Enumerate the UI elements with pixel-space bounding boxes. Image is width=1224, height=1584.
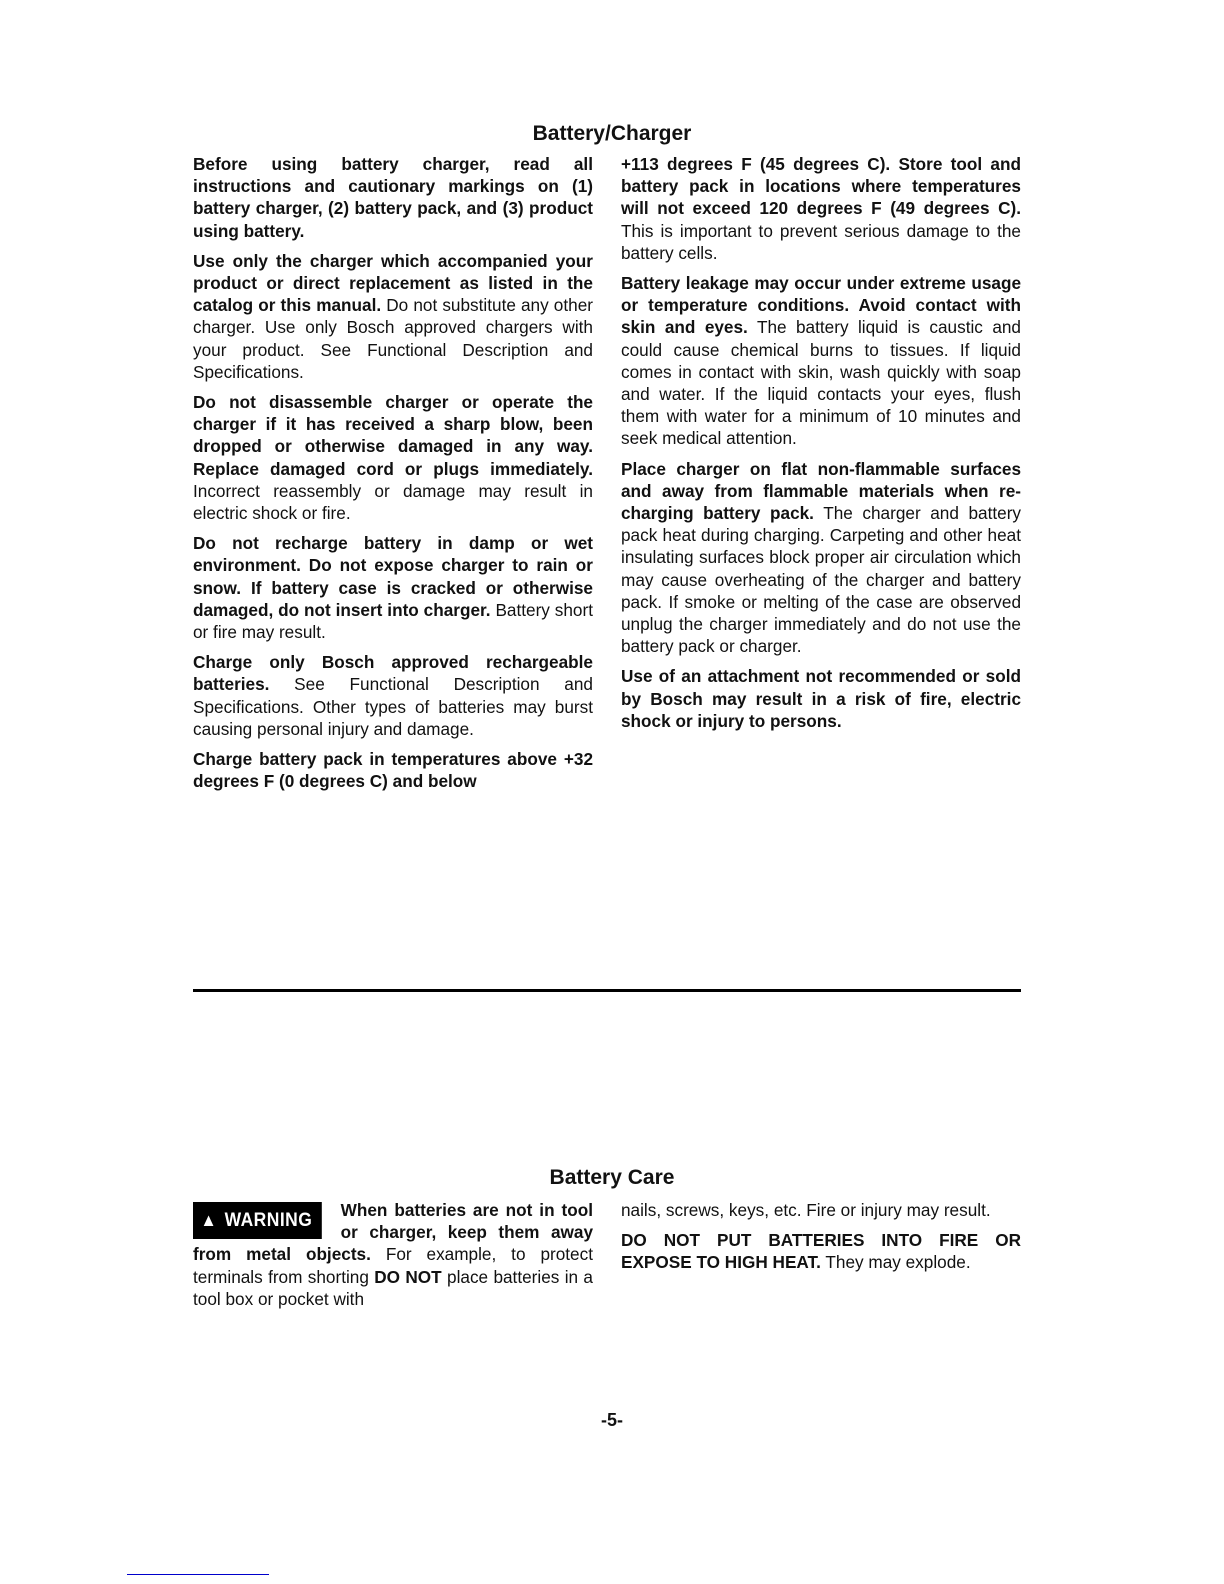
battery-charger-left-column: Before using battery charger, read all i…: [193, 153, 593, 800]
warning-badge: ▲WARNING: [193, 1202, 321, 1239]
paragraph: Do not disassemble charger or operate th…: [193, 391, 593, 524]
paragraph: Charge only Bosch approved rechargeable …: [193, 651, 593, 740]
paragraph: Before using battery charger, read all i…: [193, 153, 593, 242]
section-title-battery-care: Battery Care: [0, 1166, 1224, 1190]
paragraph: +113 degrees F (45 degrees C). Store too…: [621, 153, 1021, 264]
paragraph: Place charger on flat non-flammable surf…: [621, 458, 1021, 658]
page-number: -5-: [0, 1410, 1224, 1431]
paragraph: ▲WARNINGWhen batteries are not in tool o…: [193, 1199, 593, 1310]
paragraph: Charge battery pack in temperatures abov…: [193, 748, 593, 792]
battery-care-right-column: nails, screws, keys, etc. Fire or injury…: [621, 1199, 1021, 1282]
section-title-battery-charger: Battery/Charger: [0, 122, 1224, 146]
paragraph: Battery leakage may occur under extreme …: [621, 272, 1021, 450]
paragraph: DO NOT PUT BATTERIES INTO FIRE OR EXPOSE…: [621, 1229, 1021, 1273]
paragraph: Use only the charger which accompanied y…: [193, 250, 593, 383]
section-divider: [193, 989, 1021, 992]
paragraph: nails, screws, keys, etc. Fire or injury…: [621, 1199, 1021, 1221]
battery-charger-right-column: +113 degrees F (45 degrees C). Store too…: [621, 153, 1021, 740]
warning-triangle-icon: ▲: [200, 1204, 217, 1236]
link-underline[interactable]: [127, 1574, 269, 1575]
battery-care-left-column: ▲WARNINGWhen batteries are not in tool o…: [193, 1199, 593, 1318]
paragraph: Do not recharge battery in damp or wet e…: [193, 532, 593, 643]
paragraph: Use of an attachment not recommended or …: [621, 665, 1021, 732]
